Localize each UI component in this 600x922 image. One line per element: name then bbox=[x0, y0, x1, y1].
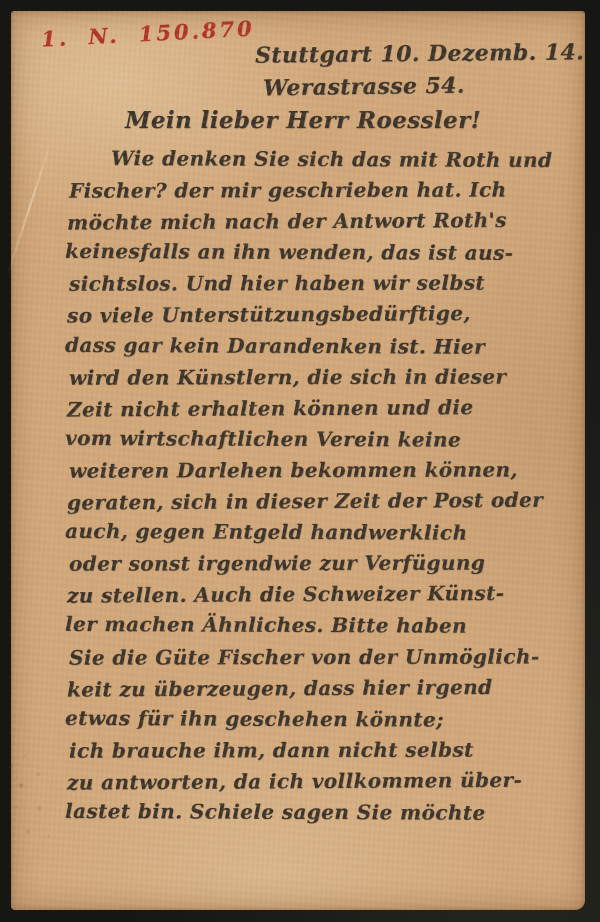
letter-line: Zeit nicht erhalten können und die bbox=[67, 391, 581, 425]
letter-paper: 1. N. 150.870 Stuttgart 10. Dezemb. 14. … bbox=[11, 11, 585, 910]
scan-background: 1. N. 150.870 Stuttgart 10. Dezemb. 14. … bbox=[0, 0, 600, 922]
letter-line: möchte mich nach der Antwort Roth's bbox=[67, 205, 581, 239]
letter-line: so viele Unterstützungsbedürftige, bbox=[67, 298, 581, 332]
paper-crease bbox=[6, 134, 54, 277]
letter-line: oder sonst irgendwie zur Verfügung bbox=[69, 548, 583, 580]
letter-line: vom wirtschaftlichen Verein keine bbox=[65, 423, 579, 456]
letter-line: auch, gegen Entgeld handwerklich bbox=[65, 516, 579, 549]
letter-line: Fischer? der mir geschrieben hat. Ich bbox=[69, 174, 583, 206]
letter-line: zu stellen. Auch die Schweizer Künst- bbox=[67, 578, 581, 612]
letter-line: geraten, sich in dieser Zeit der Post od… bbox=[67, 484, 581, 518]
letter-line: lastet bin. Schiele sagen Sie möchte bbox=[65, 796, 579, 829]
letter-body: Wie denken Sie sich das mit Roth und Fis… bbox=[65, 144, 579, 828]
letter-line: ler machen Ähnliches. Bitte haben bbox=[65, 609, 579, 642]
letter-line: dass gar kein Darandenken ist. Hier bbox=[65, 329, 579, 362]
letter-line: wird den Künstlern, die sich in dieser bbox=[69, 361, 583, 393]
letter-line: etwas für ihn geschehen könnte; bbox=[65, 703, 579, 736]
place-date-line: Stuttgart 10. Dezemb. 14. bbox=[255, 39, 584, 68]
letter-line: Wie denken Sie sich das mit Roth und bbox=[65, 143, 579, 176]
letter-line: keinesfalls an ihn wenden, das ist aus- bbox=[65, 236, 579, 269]
letter-line: sichtslos. Und hier haben wir selbst bbox=[69, 268, 583, 300]
letter-line: ich brauche ihm, dann nicht selbst bbox=[69, 734, 583, 766]
letter-line: Sie die Güte Fischer von der Unmöglich- bbox=[69, 641, 583, 673]
salutation-line: Mein lieber Herr Roessler! bbox=[125, 107, 481, 134]
letter-line: zu antworten, da ich vollkommen über- bbox=[67, 764, 581, 798]
letter-line: weiteren Darlehen bekommen können, bbox=[69, 454, 583, 486]
address-line: Werastrasse 54. bbox=[263, 73, 465, 102]
letter-line: keit zu überzeugen, dass hier irgend bbox=[67, 671, 581, 705]
inventory-number: 1. N. 150.870 bbox=[40, 15, 255, 51]
